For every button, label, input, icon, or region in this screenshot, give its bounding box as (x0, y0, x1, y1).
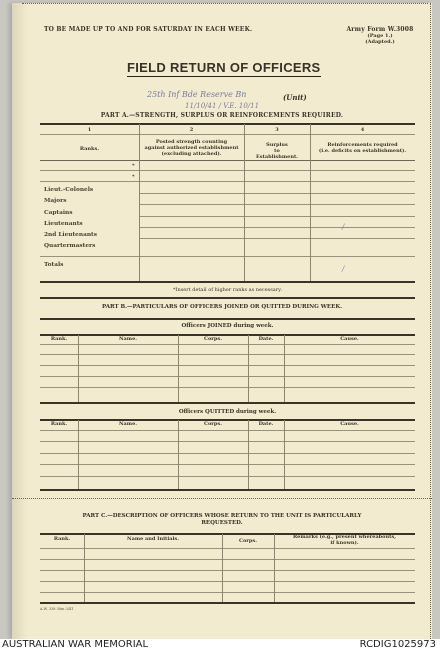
row-line (40, 559, 415, 560)
row-line (40, 441, 415, 442)
date-handwritten: 11/10/41 / V.E. 10/11 (185, 102, 259, 110)
col-header-cause: Cause. (284, 336, 415, 342)
row-line (40, 256, 415, 257)
col-number-4: 4 (310, 127, 415, 133)
footer-institution: AUSTRALIAN WAR MEMORIAL (2, 639, 148, 650)
col-header-rank: Rank. (40, 421, 78, 427)
col-header-reinforcements: Reinforcements required (i.e. deficits o… (310, 142, 415, 154)
footnote: *Insert detail of higher ranks as necess… (40, 287, 415, 293)
row-line (40, 581, 415, 582)
rank-2nd-lieutenants: 2nd Lieutenants (44, 232, 97, 238)
rank-majors: Majors (44, 198, 66, 204)
col-divider (248, 420, 249, 489)
col-divider (248, 335, 249, 402)
form-page: TO BE MADE UP TO AND FOR SATURDAY IN EAC… (12, 3, 432, 639)
col-number-2: 2 (139, 127, 244, 133)
row-line (40, 170, 415, 171)
col-divider (78, 335, 79, 402)
row-line (40, 387, 415, 388)
row-line (40, 430, 415, 431)
col-number-1: 1 (40, 127, 139, 133)
row-line (40, 376, 415, 377)
col-header-posted-strength: Posted strength counting against authori… (139, 139, 244, 157)
printer-imprint: A.W. 338 58m 3/41 (40, 607, 73, 611)
page-title: FIELD RETURN OF OFFICERS (127, 57, 321, 76)
row-line (40, 181, 415, 182)
col-header-corps: Corps. (222, 538, 274, 544)
form-id-block: Army Form W.3008 (Page 1.) (Adapted.) (340, 26, 420, 45)
col-divider (310, 124, 311, 281)
col-header-cause: Cause. (284, 421, 415, 427)
divider (40, 489, 415, 491)
perforation-right (430, 3, 431, 639)
unit-handwritten: 25th Inf Bde Reserve Bn (147, 90, 246, 99)
col-divider (178, 335, 179, 402)
asterisk-row-2: * (132, 174, 135, 180)
col-header-rank: Rank. (40, 536, 84, 542)
col-header-name: Name. (78, 421, 178, 427)
divider (40, 134, 415, 135)
divider (40, 297, 415, 299)
handwritten-mark: / (342, 265, 344, 273)
totals-label: Totals (44, 262, 63, 268)
col-divider (222, 534, 223, 602)
row-line (40, 453, 415, 454)
col-divider (284, 335, 285, 402)
footer-record-id: RCDIG1025973 (360, 639, 436, 650)
form-id: Army Form W.3008 (340, 26, 420, 33)
archive-footer: AUSTRALIAN WAR MEMORIAL RCDIG1025973 (0, 639, 440, 653)
perforation-top (22, 3, 428, 4)
col-header-date: Date. (248, 421, 284, 427)
col-header-name-initials: Name and Initials. (84, 536, 222, 542)
col-header-surplus: Surplus to Establishment. (244, 142, 310, 160)
row-line (40, 548, 415, 549)
row-line (139, 216, 415, 217)
col-header-ranks: Ranks. (40, 146, 139, 152)
divider (40, 602, 415, 604)
asterisk-row-1: * (132, 163, 135, 169)
col-header-date: Date. (248, 336, 284, 342)
col-header-corps: Corps. (178, 336, 248, 342)
col-header-rank: Rank. (40, 336, 78, 342)
row-line (40, 354, 415, 355)
unit-label: (Unit) (283, 93, 307, 102)
quitted-heading: Officers QUITTED during week. (40, 409, 415, 415)
row-line (40, 344, 415, 345)
rank-captains: Captains (44, 210, 73, 216)
joined-heading: Officers JOINED during week. (40, 323, 415, 329)
col-number-3: 3 (244, 127, 310, 133)
row-line (139, 193, 415, 194)
row-line (40, 464, 415, 465)
col-divider (139, 124, 140, 281)
col-divider (244, 124, 245, 281)
col-divider (84, 534, 85, 602)
col-divider (178, 420, 179, 489)
handwritten-mark: / (342, 223, 344, 231)
row-line (40, 592, 415, 593)
rank-quartermasters: Quartermasters (44, 243, 95, 249)
rank-lieutenants: Lieutenants (44, 221, 83, 227)
divider (40, 402, 415, 404)
instruction-text: TO BE MADE UP TO AND FOR SATURDAY IN EAC… (44, 26, 252, 33)
divider (40, 160, 415, 161)
rank-lieut-colonels: Lieut.-Colonels (44, 187, 93, 193)
col-divider (284, 420, 285, 489)
row-line (40, 476, 415, 477)
divider (40, 123, 415, 125)
row-line (139, 227, 415, 228)
row-line (40, 570, 415, 571)
part-c-heading: PART C.—DESCRIPTION OF OFFICERS WHOSE RE… (12, 513, 432, 527)
row-line (40, 365, 415, 366)
row-line (139, 238, 415, 239)
part-b-heading: PART B.—PARTICULARS OF OFFICERS JOINED O… (12, 304, 432, 310)
col-divider (274, 534, 275, 602)
col-header-corps: Corps. (178, 421, 248, 427)
form-adapted: (Adapted.) (340, 39, 420, 45)
divider (40, 281, 415, 283)
divider (40, 318, 415, 320)
perforation-middle (12, 498, 432, 499)
part-a-heading: PART A.—STRENGTH, SURPLUS OR REINFORCEME… (12, 112, 432, 119)
col-header-name: Name. (78, 336, 178, 342)
col-header-remarks: Remarks (e.g., present whereabouts, if k… (274, 535, 415, 546)
col-divider (78, 420, 79, 489)
row-line (139, 204, 415, 205)
